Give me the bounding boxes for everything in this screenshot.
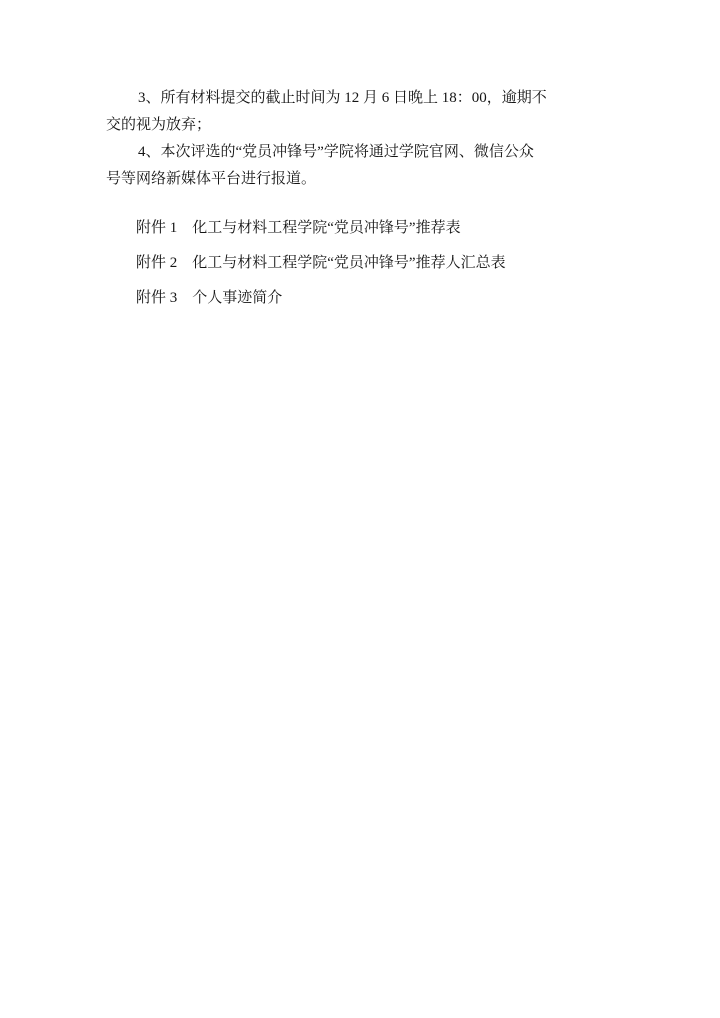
body-line: 3、所有材料提交的截止时间为 12 月 6 日晚上 18：00，逾期不 (106, 85, 616, 112)
attachment-list: 附件 1 化工与材料工程学院“党员冲锋号”推荐表 附件 2 化工与材料工程学院“… (106, 211, 666, 316)
document-page: 3、所有材料提交的截止时间为 12 月 6 日晚上 18：00，逾期不 交的视为… (0, 0, 720, 1018)
paragraph: 3、所有材料提交的截止时间为 12 月 6 日晚上 18：00，逾期不 交的视为… (106, 85, 616, 139)
attachment-item: 附件 2 化工与材料工程学院“党员冲锋号”推荐人汇总表 (106, 246, 666, 281)
body-line: 4、本次评选的“党员冲锋号”学院将通过学院官网、微信公众 (106, 139, 616, 166)
attachment-item: 附件 3 个人事迹简介 (106, 281, 666, 316)
paragraph: 4、本次评选的“党员冲锋号”学院将通过学院官网、微信公众 号等网络新媒体平台进行… (106, 139, 616, 193)
body-line: 号等网络新媒体平台进行报道。 (106, 166, 616, 193)
attachment-item: 附件 1 化工与材料工程学院“党员冲锋号”推荐表 (106, 211, 666, 246)
body-line: 交的视为放弃； (106, 112, 616, 139)
document-content: 3、所有材料提交的截止时间为 12 月 6 日晚上 18：00，逾期不 交的视为… (106, 85, 616, 193)
